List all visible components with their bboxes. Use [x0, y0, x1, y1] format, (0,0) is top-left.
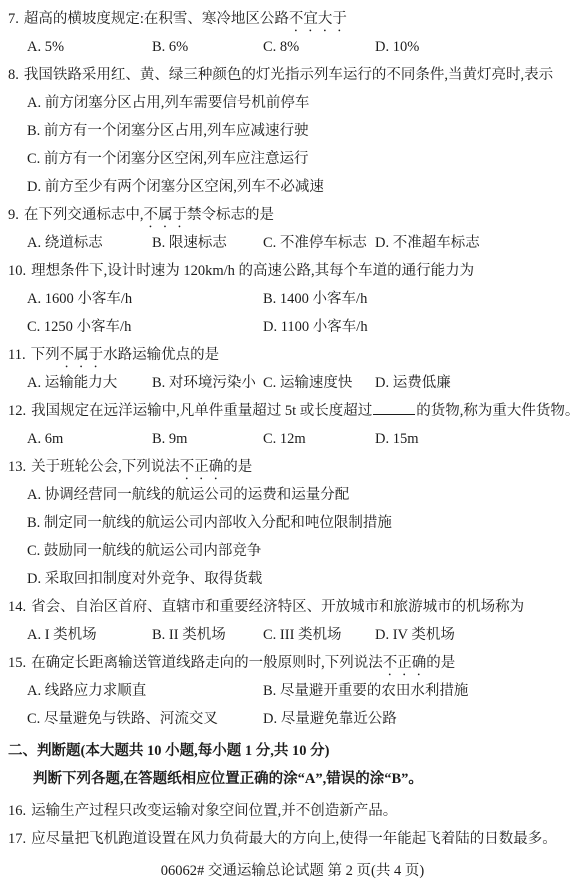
question-9-options: A. 绕道标志 B. 限速标志 C. 不准停车标志 D. 不准超车标志: [8, 229, 577, 257]
question-11-text-post: 水路运输优点的是: [103, 347, 219, 363]
question-15-option-b: B. 尽量避开重要的农田水利措施: [263, 677, 577, 705]
question-10-text: 理想条件下,设计时速为 120km/h 的高速公路,其每个车道的通行能力为: [31, 263, 474, 279]
question-7-option-b: B. 6%: [152, 33, 263, 61]
question-15-option-c: C. 尽量避免与铁路、河流交叉: [27, 705, 263, 733]
page-footer: 06062# 交通运输总论试题 第 2 页(共 4 页): [8, 857, 577, 885]
question-9-option-a: A. 绕道标志: [27, 229, 152, 257]
question-13-option-c: C. 鼓励同一航线的航运公司内部竞争: [8, 537, 577, 565]
question-13: 13.关于班轮公会,下列说法不正确的是: [8, 453, 577, 481]
question-16-text: 运输生产过程只改变运输对象空间位置,并不创造新产品。: [31, 803, 397, 819]
question-12-options: A. 6m B. 9m C. 12m D. 15m: [8, 425, 577, 453]
question-10-options-row-1: A. 1600 小客车/h B. 1400 小客车/h: [8, 285, 577, 313]
question-9-number: 9.: [8, 207, 19, 223]
question-9-emphasis: 不属于: [144, 207, 188, 223]
question-16: 16.运输生产过程只改变运输对象空间位置,并不创造新产品。: [8, 797, 577, 825]
question-11-emphasis: 不属于: [60, 347, 104, 363]
question-14-option-d: D. IV 类机场: [375, 621, 577, 649]
question-14-options: A. I 类机场 B. II 类机场 C. III 类机场 D. IV 类机场: [8, 621, 577, 649]
question-17: 17.应尽量把飞机跑道设置在风力负荷最大的方向上,使得一年能起飞着陆的日数最多。: [8, 825, 577, 853]
question-13-option-d: D. 采取回扣制度对外竞争、取得货载: [8, 565, 577, 593]
question-17-number: 17.: [8, 831, 26, 847]
exam-page: 7.超高的横坡度规定:在积雪、寒冷地区公路不宜大于 A. 5% B. 6% C.…: [0, 0, 585, 885]
question-9-option-c: C. 不准停车标志: [263, 229, 375, 257]
question-11: 11.下列不属于水路运输优点的是: [8, 341, 577, 369]
fill-in-blank: [373, 410, 415, 415]
question-12-number: 12.: [8, 403, 26, 419]
question-7: 7.超高的横坡度规定:在积雪、寒冷地区公路不宜大于: [8, 5, 577, 33]
question-12-option-d: D. 15m: [375, 425, 577, 453]
question-10: 10.理想条件下,设计时速为 120km/h 的高速公路,其每个车道的通行能力为: [8, 257, 577, 285]
question-14-option-a: A. I 类机场: [27, 621, 152, 649]
question-12-option-b: B. 9m: [152, 425, 263, 453]
question-13-text-post: 的是: [223, 459, 252, 475]
question-14-option-b: B. II 类机场: [152, 621, 263, 649]
question-10-option-d: D. 1100 小客车/h: [263, 313, 577, 341]
question-15-number: 15.: [8, 655, 26, 671]
question-15-text-post: 的是: [426, 655, 455, 671]
question-15-emphasis: 不正确: [383, 655, 427, 671]
question-15-text: 在确定长距离输送管道线路走向的一般原则时,下列说法: [31, 655, 383, 671]
question-9: 9.在下列交通标志中,不属于禁令标志的是: [8, 201, 577, 229]
question-11-option-c: C. 运输速度快: [263, 369, 375, 397]
question-7-option-c: C. 8%: [263, 33, 375, 61]
question-10-option-a: A. 1600 小客车/h: [27, 285, 263, 313]
question-17-text: 应尽量把飞机跑道设置在风力负荷最大的方向上,使得一年能起飞着陆的日数最多。: [31, 831, 557, 847]
question-15: 15.在确定长距离输送管道线路走向的一般原则时,下列说法不正确的是: [8, 649, 577, 677]
question-14-number: 14.: [8, 599, 26, 615]
question-15-options-row-2: C. 尽量避免与铁路、河流交叉 D. 尽量避免靠近公路: [8, 705, 577, 733]
question-11-option-b: B. 对环境污染小: [152, 369, 263, 397]
question-11-option-d: D. 运费低廉: [375, 369, 577, 397]
question-13-emphasis: 不正确: [180, 459, 224, 475]
question-11-options: A. 运输能力大 B. 对环境污染小 C. 运输速度快 D. 运费低廉: [8, 369, 577, 397]
question-14: 14.省会、自治区首府、直辖市和重要经济特区、开放城市和旅游城市的机场称为: [8, 593, 577, 621]
question-15-option-a: A. 线路应力求顺直: [27, 677, 263, 705]
question-9-text: 在下列交通标志中,: [24, 207, 144, 223]
question-13-number: 13.: [8, 459, 26, 475]
question-8-option-d: D. 前方至少有两个闭塞分区空闲,列车不必减速: [8, 173, 577, 201]
question-7-option-a: A. 5%: [27, 33, 152, 61]
question-11-text: 下列: [31, 347, 60, 363]
question-11-number: 11.: [8, 347, 26, 363]
question-9-text-post: 禁令标志的是: [187, 207, 274, 223]
question-7-emphasis: 不宜大于: [289, 11, 347, 27]
question-13-option-b: B. 制定同一航线的航运公司内部收入分配和吨位限制措施: [8, 509, 577, 537]
question-15-option-d: D. 尽量避免靠近公路: [263, 705, 577, 733]
question-10-options-row-2: C. 1250 小客车/h D. 1100 小客车/h: [8, 313, 577, 341]
question-13-option-a: A. 协调经营同一航线的航运公司的运费和运量分配: [8, 481, 577, 509]
question-16-number: 16.: [8, 803, 26, 819]
question-14-text: 省会、自治区首府、直辖市和重要经济特区、开放城市和旅游城市的机场称为: [31, 599, 524, 615]
question-12-option-c: C. 12m: [263, 425, 375, 453]
question-7-text: 超高的横坡度规定:在积雪、寒冷地区公路: [24, 11, 289, 27]
question-8-text: 我国铁路采用红、黄、绿三种颜色的灯光指示列车运行的不同条件,当黄灯亮时,表示: [24, 67, 553, 83]
question-7-option-d: D. 10%: [375, 33, 577, 61]
question-11-option-a: A. 运输能力大: [27, 369, 152, 397]
question-10-option-b: B. 1400 小客车/h: [263, 285, 577, 313]
question-13-text: 关于班轮公会,下列说法: [31, 459, 180, 475]
question-8: 8.我国铁路采用红、黄、绿三种颜色的灯光指示列车运行的不同条件,当黄灯亮时,表示: [8, 61, 577, 89]
question-8-option-b: B. 前方有一个闭塞分区占用,列车应减速行驶: [8, 117, 577, 145]
section-2-heading: 二、判断题(本大题共 10 小题,每小题 1 分,共 10 分): [8, 737, 577, 765]
question-12-text: 我国规定在远洋运输中,凡单件重量超过 5t 或长度超过: [31, 403, 372, 419]
section-2-instruction: 判断下列各题,在答题纸相应位置正确的涂“A”,错误的涂“B”。: [8, 765, 577, 793]
question-7-number: 7.: [8, 11, 19, 27]
question-12: 12.我国规定在远洋运输中,凡单件重量超过 5t 或长度超过的货物,称为重大件货…: [8, 397, 577, 425]
question-8-option-c: C. 前方有一个闭塞分区空闲,列车应注意运行: [8, 145, 577, 173]
question-8-number: 8.: [8, 67, 19, 83]
question-10-number: 10.: [8, 263, 26, 279]
question-14-option-c: C. III 类机场: [263, 621, 375, 649]
question-10-option-c: C. 1250 小客车/h: [27, 313, 263, 341]
question-12-text-post: 的货物,称为重大件货物。: [416, 403, 579, 419]
question-9-option-b: B. 限速标志: [152, 229, 263, 257]
question-8-option-a: A. 前方闭塞分区占用,列车需要信号机前停车: [8, 89, 577, 117]
question-9-option-d: D. 不准超车标志: [375, 229, 577, 257]
question-7-options: A. 5% B. 6% C. 8% D. 10%: [8, 33, 577, 61]
question-15-options-row-1: A. 线路应力求顺直 B. 尽量避开重要的农田水利措施: [8, 677, 577, 705]
question-12-option-a: A. 6m: [27, 425, 152, 453]
